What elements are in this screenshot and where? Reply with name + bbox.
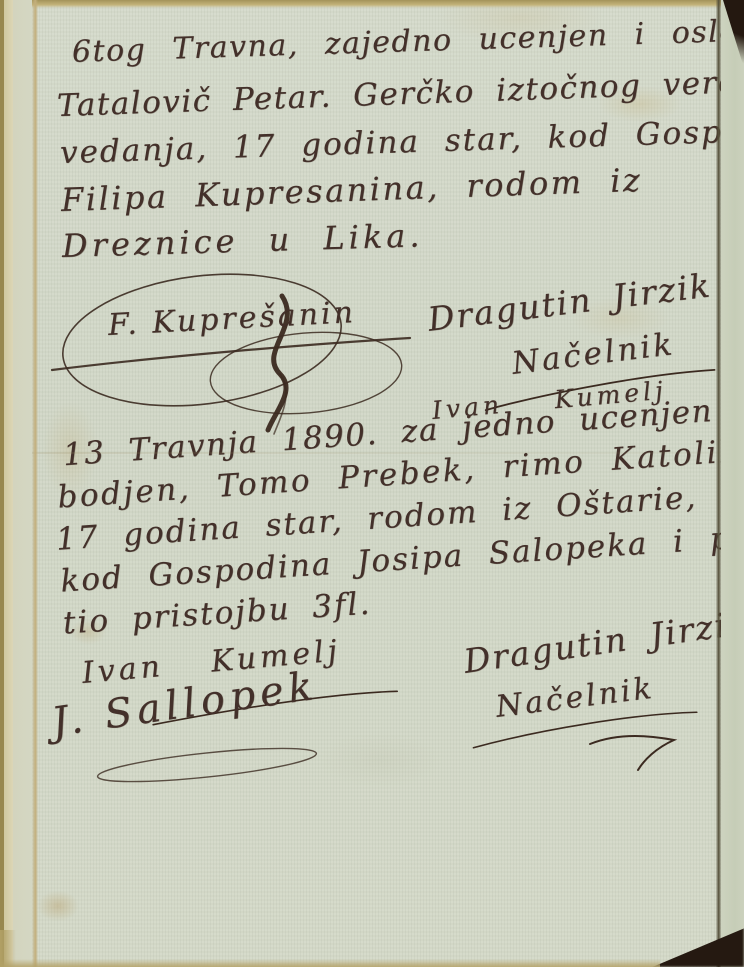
manuscript-line: Filipa Kupresanina, rodom iz <box>60 161 642 219</box>
manuscript-line: Tatalovič Petar. Gerčko iztočnog veroisp… <box>56 61 744 124</box>
signature-squiggle <box>586 730 678 772</box>
binding-edge-cream <box>4 0 13 967</box>
entry-april6-text: 6tog Travna, zajedno ucenjen i oslobodje… <box>56 21 741 275</box>
manuscript-line: 6tog Travna, zajedno ucenjen i oslobodje… <box>71 10 744 69</box>
signature-kupresanin-name: F. Kuprešanin <box>107 295 357 343</box>
binding-gutter <box>13 0 32 967</box>
scanned-manuscript-page: 6tog Travna, zajedno ucenjen i oslobodje… <box>0 0 744 967</box>
page-bottom-left-corner <box>0 930 16 967</box>
manuscript-line: Dreznice u Lika. <box>61 216 423 265</box>
binding-edge-dark <box>0 0 4 967</box>
signature-official-title-2: Načelnik <box>494 671 656 725</box>
signature-flourish <box>44 268 416 438</box>
binding-crease-line <box>32 0 38 967</box>
page-top-edge <box>0 0 744 8</box>
book-corner-bottom-right <box>640 925 744 967</box>
page-bottom-edge <box>0 959 660 967</box>
signature-official-title: Načelnik <box>510 326 677 382</box>
signature-sallopek-flourish <box>91 736 323 794</box>
signature-kupresanin: F. Kuprešanin <box>44 268 416 438</box>
